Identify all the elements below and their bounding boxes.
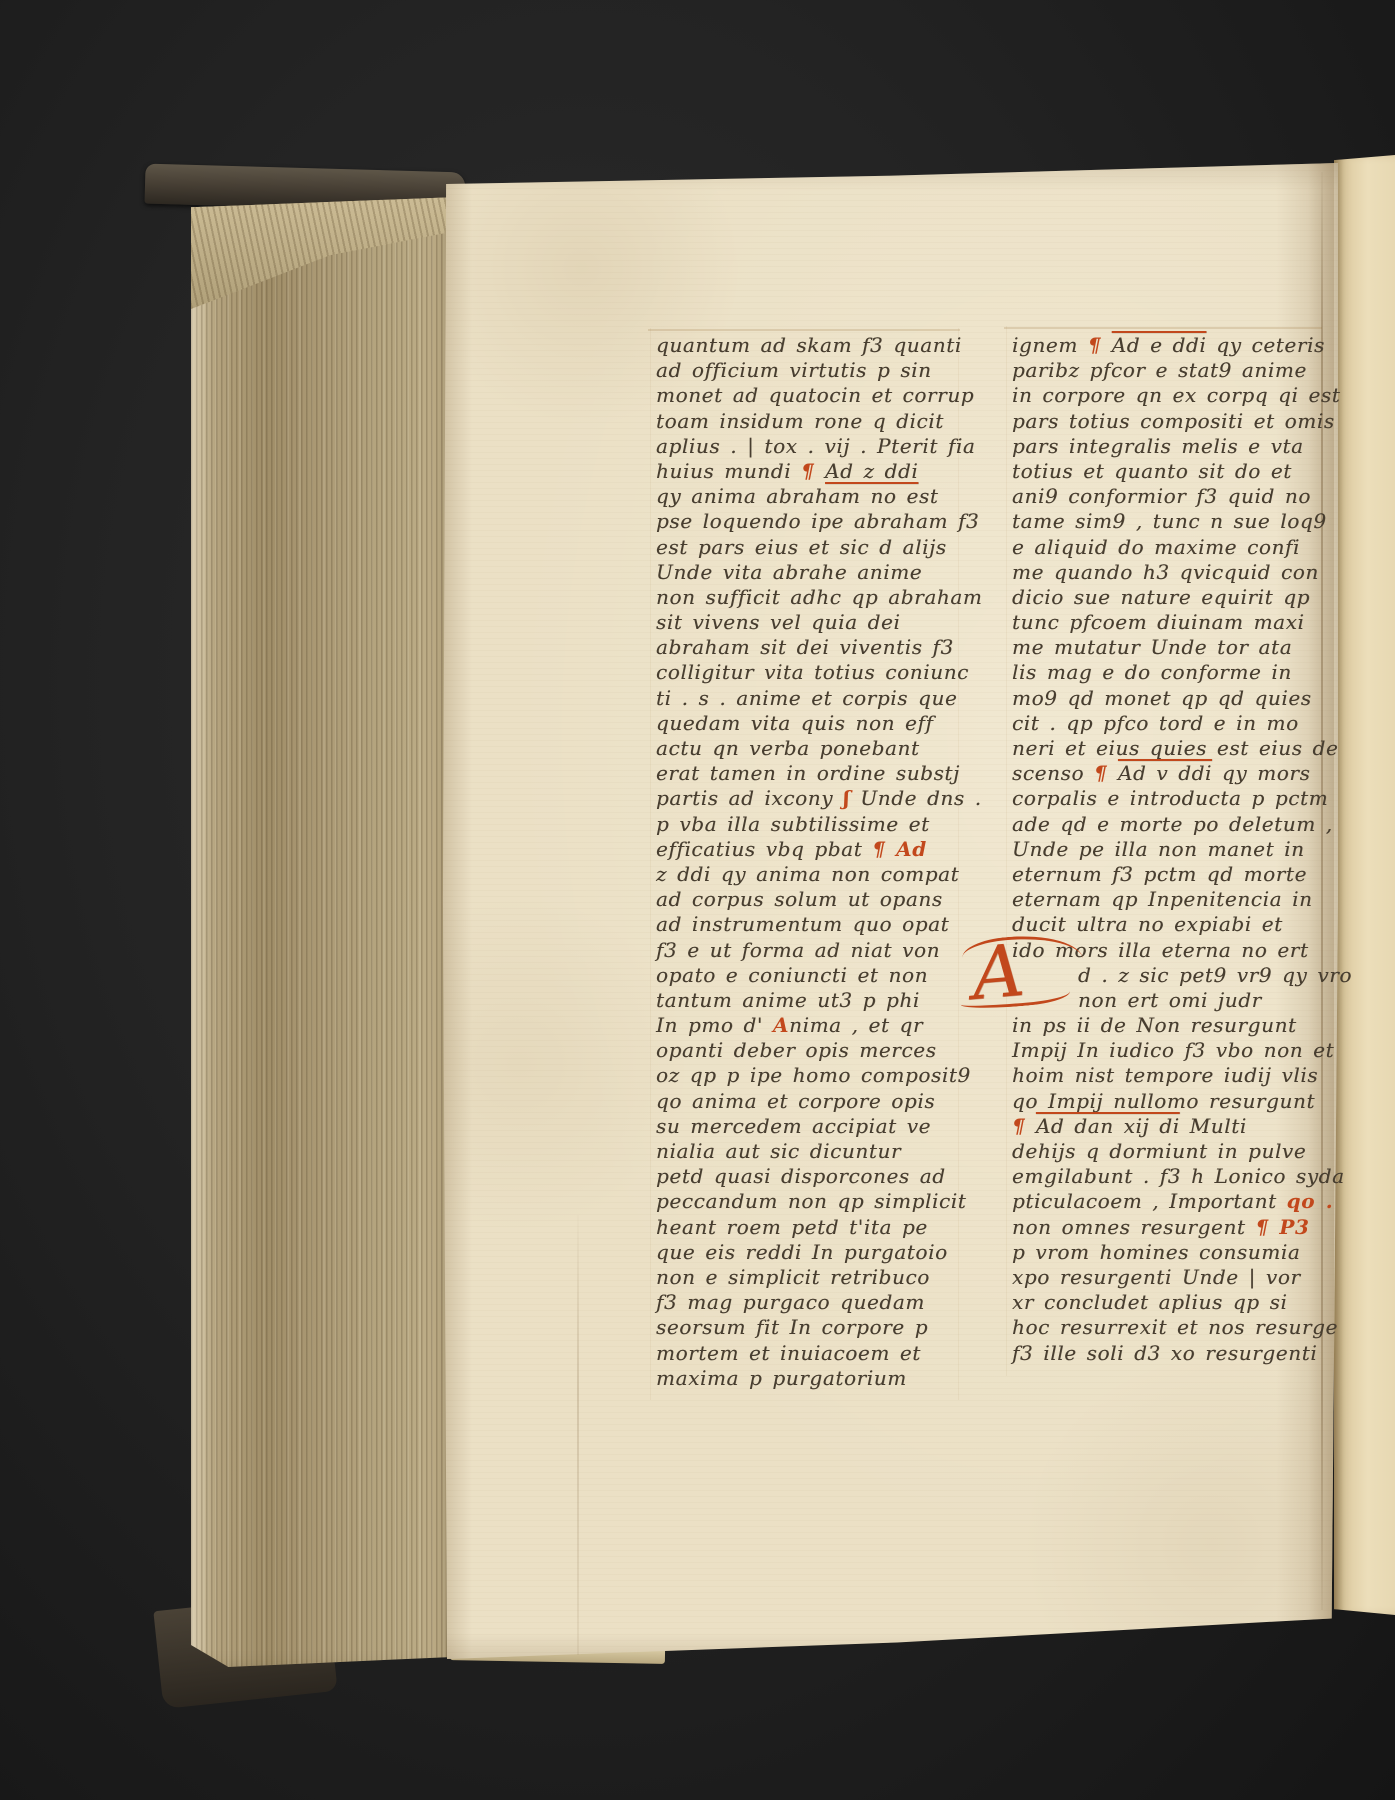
ruling-line-left-margin (650, 328, 651, 1400)
manuscript-text-line: partis ad ixcony ʃ Unde dns . (656, 786, 958, 811)
text-column-left: quantum ad skam f3 quantiad officium vir… (656, 333, 958, 1391)
manuscript-text-line: emgilabunt . f3 h Lonico syda (1012, 1164, 1318, 1189)
manuscript-photo-stage: quantum ad skam f3 quantiad officium vir… (0, 0, 1395, 1800)
manuscript-text-line: xr concludet aplius qp si (1012, 1290, 1318, 1315)
manuscript-text-line: ducit ultra no expiabi et (1012, 912, 1318, 937)
manuscript-text-line: nialia aut sic dicuntur (656, 1139, 958, 1164)
manuscript-text-line: quedam vita quis non eff (656, 711, 958, 736)
manuscript-text-line: petd quasi disporcones ad (656, 1164, 958, 1189)
book-head-edge (191, 197, 458, 309)
rubricated-initial-A: A (969, 934, 1027, 1010)
text-column-right: ignem ¶ Ad e ddi qy ceterisparibz pfcor … (1012, 333, 1318, 1366)
manuscript-text-line: pticulacoem , Important qo . (1012, 1189, 1318, 1214)
manuscript-text-line: p vrom homines consumia (1012, 1240, 1318, 1265)
manuscript-text-line: f3 ille soli d3 xo resurgenti (1012, 1341, 1318, 1366)
manuscript-text-line: est pars eius et sic d alijs (656, 535, 958, 560)
manuscript-text-line: aplius . | tox . vij . Pterit fia (656, 434, 958, 459)
manuscript-text-line: colligitur vita totius coniunc (656, 660, 958, 685)
manuscript-text-line: monet ad quatocin et corrup (656, 383, 958, 408)
manuscript-text-line: non sufficit adhc qp abraham (656, 585, 958, 610)
manuscript-text-line: in ps ii de Non resurgunt (1012, 1013, 1318, 1038)
manuscript-text-line: z ddi qy anima non compat (656, 862, 958, 887)
manuscript-text-line: ad instrumentum quo opat (656, 912, 958, 937)
manuscript-text-line: mortem et inuiacoem et (656, 1341, 958, 1366)
manuscript-text-line: oz qp p ipe homo composit9 (656, 1063, 958, 1088)
page-crease-lower-left (577, 1215, 579, 1655)
manuscript-text-line: tunc pfcoem diuinam maxi (1012, 610, 1318, 635)
manuscript-text-line: neri et eius quies est eius de (1012, 736, 1318, 761)
manuscript-text-line: in corpore qn ex corpq qi est (1012, 383, 1318, 408)
next-page-edge (1334, 155, 1395, 1615)
manuscript-text-line: totius et quanto sit do et (1012, 459, 1318, 484)
manuscript-text-line: eternum f3 pctm qd morte (1012, 862, 1318, 887)
manuscript-text-line: ad officium virtutis p sin (656, 358, 958, 383)
manuscript-text-line: ti . s . anime et corpis que (656, 686, 958, 711)
manuscript-text-line: mo9 qd monet qp qd quies (1012, 686, 1318, 711)
manuscript-text-line: non e simplicit retribuco (656, 1265, 958, 1290)
manuscript-text-line: seorsum fit In corpore p (656, 1315, 958, 1340)
manuscript-text-line: Impij In iudico f3 vbo non et (1012, 1038, 1318, 1063)
manuscript-text-line: Unde pe illa non manet in (1012, 837, 1318, 862)
manuscript-text-line: cit . qp pfco tord e in mo (1012, 711, 1318, 736)
manuscript-text-line: Unde vita abrahe anime (656, 560, 958, 585)
manuscript-text-line: ¶ Ad dan xij di Multi (1012, 1114, 1318, 1139)
manuscript-text-line: scenso ¶ Ad v ddi qy mors (1012, 761, 1318, 786)
manuscript-text-line: opato e coniuncti et non (656, 963, 958, 988)
book-fore-edge (191, 197, 458, 1667)
manuscript-text-line: opanti deber opis merces (656, 1038, 958, 1063)
manuscript-text-line: maxima p purgatorium (656, 1366, 958, 1391)
manuscript-text-line: que eis reddi In purgatoio (656, 1240, 958, 1265)
manuscript-text-line: toam insidum rone q dicit (656, 409, 958, 434)
manuscript-text-line: paribz pfcor e stat9 anime (1012, 358, 1318, 383)
manuscript-text-line: d . z sic pet9 vr9 qy vro (1012, 963, 1318, 988)
manuscript-text-line: heant roem petd t'ita pe (656, 1215, 958, 1240)
manuscript-text-line: actu qn verba ponebant (656, 736, 958, 761)
manuscript-text-line: xpo resurgenti Unde | vor (1012, 1265, 1318, 1290)
manuscript-text-line: eternam qp Inpenitencia in (1012, 887, 1318, 912)
manuscript-text-line: sit vivens vel quia dei (656, 610, 958, 635)
manuscript-text-line: pars integralis melis e vta (1012, 434, 1318, 459)
manuscript-text-line: hoc resurrexit et nos resurge (1012, 1315, 1318, 1340)
manuscript-text-line: lis mag e do conforme in (1012, 660, 1318, 685)
manuscript-text-line: efficatius vbq pbat ¶ Ad (656, 837, 958, 862)
ruling-line-top-right-column (1004, 327, 1322, 329)
manuscript-text-line: hoim nist tempore iudij vlis (1012, 1063, 1318, 1088)
manuscript-text-line: me mutatur Unde tor ata (1012, 635, 1318, 660)
manuscript-text-line: dehijs q dormiunt in pulve (1012, 1139, 1318, 1164)
manuscript-text-line: peccandum non qp simplicit (656, 1189, 958, 1214)
manuscript-text-line: qy anima abraham no est (656, 484, 958, 509)
manuscript-text-line: f3 mag purgaco quedam (656, 1290, 958, 1315)
manuscript-text-line: quantum ad skam f3 quanti (656, 333, 958, 358)
manuscript-text-line: qo Impij nullomo resurgunt (1012, 1089, 1318, 1114)
manuscript-text-line: tame sim9 , tunc n sue loq9 (1012, 509, 1318, 534)
manuscript-text-line: erat tamen in ordine substj (656, 761, 958, 786)
manuscript-text-line: p vba illa subtilissime et (656, 812, 958, 837)
manuscript-text-line: dicio sue nature equirit qp (1012, 585, 1318, 610)
manuscript-text-line: non omnes resurgent ¶ P3 (1012, 1215, 1318, 1240)
manuscript-text-line: f3 e ut forma ad niat von (656, 938, 958, 963)
manuscript-text-line: pse loquendo ipe abraham f3 (656, 509, 958, 534)
manuscript-text-line: e aliquid do maxime confi (1012, 535, 1318, 560)
manuscript-text-line: abraham sit dei viventis f3 (656, 635, 958, 660)
manuscript-text-line: tantum anime ut3 p phi (656, 988, 958, 1013)
manuscript-text-line: ani9 conformior f3 quid no (1012, 484, 1318, 509)
manuscript-text-line: corpalis e introducta p pctm (1012, 786, 1318, 811)
manuscript-text-line: huius mundi ¶ Ad z ddi (656, 459, 958, 484)
manuscript-text-line: In pmo d' Anima , et qr (656, 1013, 958, 1038)
manuscript-text-line: su mercedem accipiat ve (656, 1114, 958, 1139)
ruling-line-right-column-left (1006, 326, 1007, 1376)
ruling-line-top-left-column (648, 329, 960, 331)
manuscript-text-line: qo anima et corpore opis (656, 1089, 958, 1114)
manuscript-text-line: ade qd e morte po deletum , (1012, 812, 1318, 837)
manuscript-text-line: ad corpus solum ut opans (656, 887, 958, 912)
manuscript-text-line: me quando h3 qvicquid con (1012, 560, 1318, 585)
manuscript-text-line: pars totius compositi et omis (1012, 409, 1318, 434)
manuscript-text-line: ignem ¶ Ad e ddi qy ceteris (1012, 333, 1318, 358)
